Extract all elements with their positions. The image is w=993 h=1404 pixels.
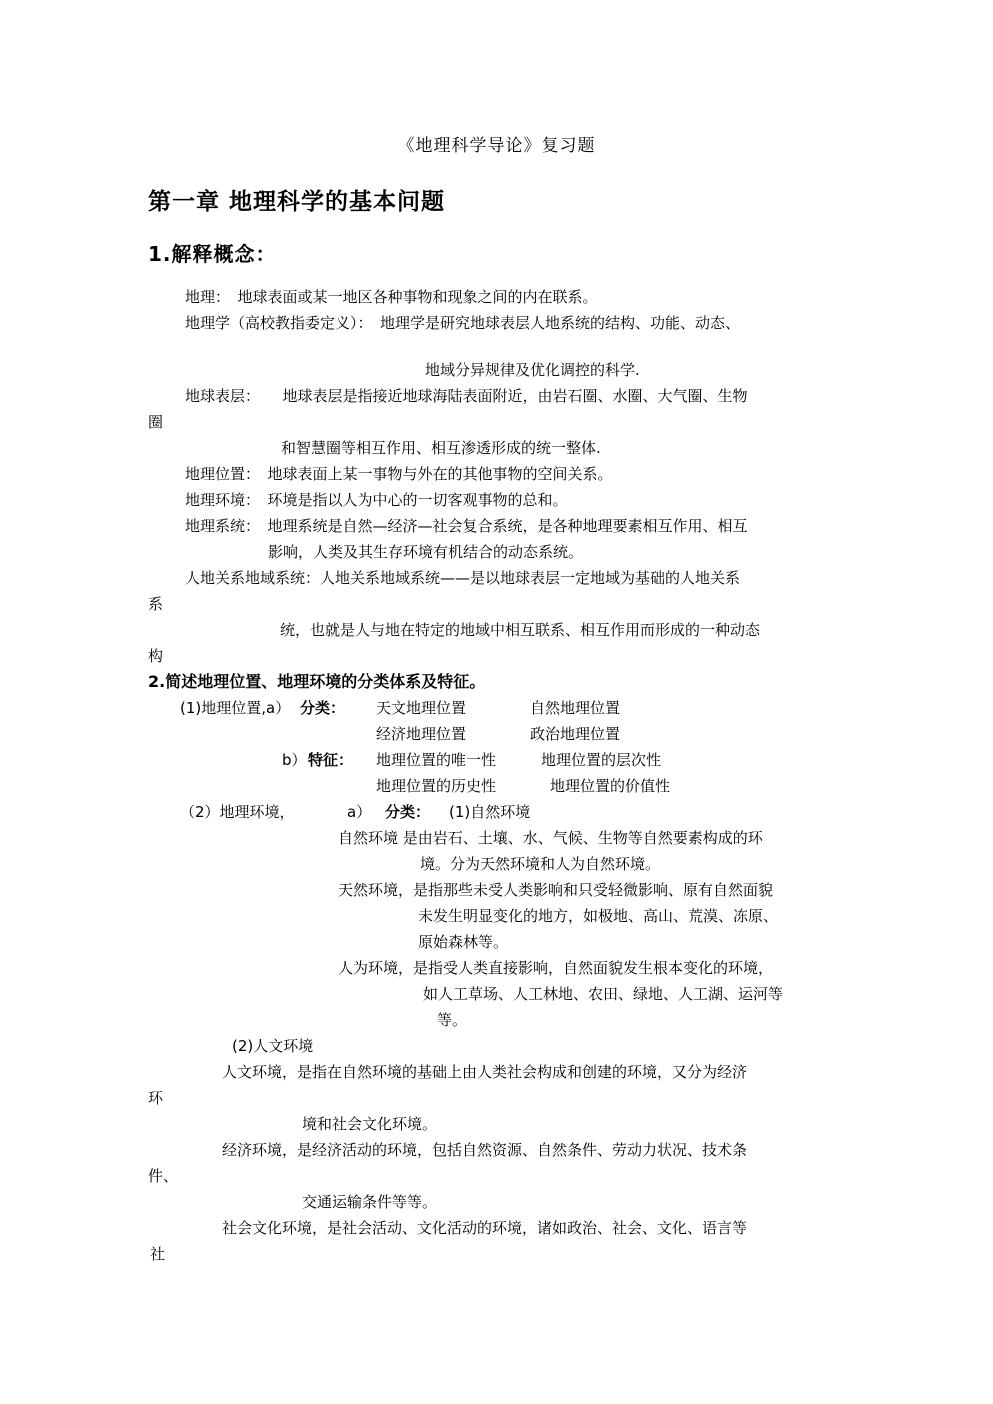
definition-geographic-system-cont: 影响，人类及其生存环境有机结合的动态系统。 bbox=[0, 539, 993, 565]
document-body: 地理： 地球表面或某一地区各种事物和现象之间的内在联系。 地理学（高校教指委定义… bbox=[0, 284, 993, 1267]
manmade-environment-line-1: 人为环境，是指受人类直接影响，自然面貌发生根本变化的环境， bbox=[0, 955, 993, 981]
pristine-environment-line-1: 天然环境，是指那些未受人类影响和只受轻微影响、原有自然面貌 bbox=[0, 877, 993, 903]
economic-environment-wrap-char: 件、 bbox=[0, 1163, 993, 1189]
definition-geographic-location: 地理位置： 地球表面上某一事物与外在的其他事物的空间关系。 bbox=[0, 461, 993, 487]
natural-environment-line-1: 自然环境 是由岩石、土壤、水、气候、生物等自然要素构成的环 bbox=[0, 825, 993, 851]
political-location: 政治地理位置 bbox=[530, 721, 620, 747]
manmade-environment-line-2: 如人工草场、人工林地、农田、绿地、人工湖、运河等 bbox=[0, 981, 993, 1007]
chapter-heading: 第一章 地理科学的基本问题 bbox=[148, 183, 445, 216]
definition-geography-science: 地理学（高校教指委定义）： 地理学是研究地球表层人地系统的结构、功能、动态、 bbox=[0, 310, 993, 336]
human-environment-line-2: 境和社会文化环境。 bbox=[0, 1111, 993, 1137]
economic-environment-line-2: 交通运输条件等等。 bbox=[0, 1189, 993, 1215]
definition-man-land-cont: 统，也就是人与地在特定的地域中相互联系、相互作用而形成的一种动态 bbox=[0, 617, 993, 643]
definition-earth-surface-wrap-char: 圈 bbox=[0, 409, 993, 435]
feature-history: 地理位置的历史性 bbox=[376, 773, 496, 799]
env-classification-label: 分类： bbox=[385, 799, 430, 825]
definition-man-land-wrap-char-2: 构 bbox=[0, 643, 993, 669]
definition-earth-surface-cont: 和智慧圈等相互作用、相互渗透形成的统一整体. bbox=[0, 435, 993, 461]
location-features-row-1: b） 特征： 地理位置的唯一性 地理位置的层次性 bbox=[0, 747, 993, 773]
location-label: (1)地理位置,a） bbox=[180, 695, 290, 721]
natural-environment-head: (1)自然环境 bbox=[449, 799, 530, 825]
location-classification-row-1: (1)地理位置,a） 分类： 天文地理位置 自然地理位置 bbox=[0, 695, 993, 721]
b-label: b） bbox=[282, 747, 307, 773]
location-features-row-2: 地理位置的历史性 地理位置的价值性 bbox=[0, 773, 993, 799]
question-2-heading: 2.简述地理位置、地理环境的分类体系及特征。 bbox=[0, 669, 993, 695]
features-label: 特征： bbox=[308, 747, 353, 773]
social-cultural-environment-wrap-char: 社 bbox=[0, 1241, 993, 1267]
question-1-heading: 1.解释概念： bbox=[148, 238, 277, 267]
document-title: 《地理科学导论》复习题 bbox=[0, 131, 993, 156]
definition-geographic-environment: 地理环境： 环境是指以人为中心的一切客观事物的总和。 bbox=[0, 487, 993, 513]
blank-line bbox=[0, 336, 993, 357]
manmade-environment-line-3: 等。 bbox=[0, 1007, 993, 1033]
economic-environment-line-1: 经济环境，是经济活动的环境，包括自然资源、自然条件、劳动力状况、技术条 bbox=[0, 1137, 993, 1163]
pristine-environment-line-2: 未发生明显变化的地方，如极地、高山、荒漠、冻原、 bbox=[0, 903, 993, 929]
astronomical-location: 天文地理位置 bbox=[376, 695, 466, 721]
environment-label: （2）地理环境， bbox=[180, 799, 295, 825]
pristine-environment-line-3: 原始森林等。 bbox=[0, 929, 993, 955]
definition-geography: 地理： 地球表面或某一地区各种事物和现象之间的内在联系。 bbox=[0, 284, 993, 310]
natural-environment-line-2: 境。分为天然环境和人为自然环境。 bbox=[0, 851, 993, 877]
feature-uniqueness: 地理位置的唯一性 bbox=[376, 747, 496, 773]
definition-geographic-system: 地理系统： 地理系统是自然—经济—社会复合系统，是各种地理要素相互作用、相互 bbox=[0, 513, 993, 539]
environment-classification-row: （2）地理环境， a） 分类： (1)自然环境 bbox=[0, 799, 993, 825]
human-environment-line-1: 人文环境，是指在自然环境的基础上由人类社会构成和创建的环境，又分为经济 bbox=[0, 1059, 993, 1085]
location-classification-row-2: 经济地理位置 政治地理位置 bbox=[0, 721, 993, 747]
natural-location: 自然地理位置 bbox=[530, 695, 620, 721]
human-environment-head: (2)人文环境 bbox=[0, 1033, 993, 1059]
feature-value: 地理位置的价值性 bbox=[550, 773, 670, 799]
classification-label: 分类： bbox=[300, 695, 345, 721]
economic-location: 经济地理位置 bbox=[376, 721, 466, 747]
definition-man-land-system: 人地关系地域系统：人地关系地域系统——是以地球表层一定地域为基础的人地关系 bbox=[0, 565, 993, 591]
definition-man-land-wrap-char: 系 bbox=[0, 591, 993, 617]
feature-hierarchy: 地理位置的层次性 bbox=[541, 747, 661, 773]
definition-geography-science-cont: 地域分异规律及优化调控的科学. bbox=[0, 357, 993, 383]
env-a-label: a） bbox=[347, 799, 371, 825]
definition-earth-surface: 地球表层： 地球表层是指接近地球海陆表面附近，由岩石圈、水圈、大气圈、生物 bbox=[0, 383, 993, 409]
human-environment-wrap-char: 环 bbox=[0, 1085, 993, 1111]
social-cultural-environment-line-1: 社会文化环境，是社会活动、文化活动的环境，诸如政治、社会、文化、语言等 bbox=[0, 1215, 993, 1241]
document-page: 《地理科学导论》复习题 第一章 地理科学的基本问题 1.解释概念： 地理： 地球… bbox=[0, 0, 993, 1404]
